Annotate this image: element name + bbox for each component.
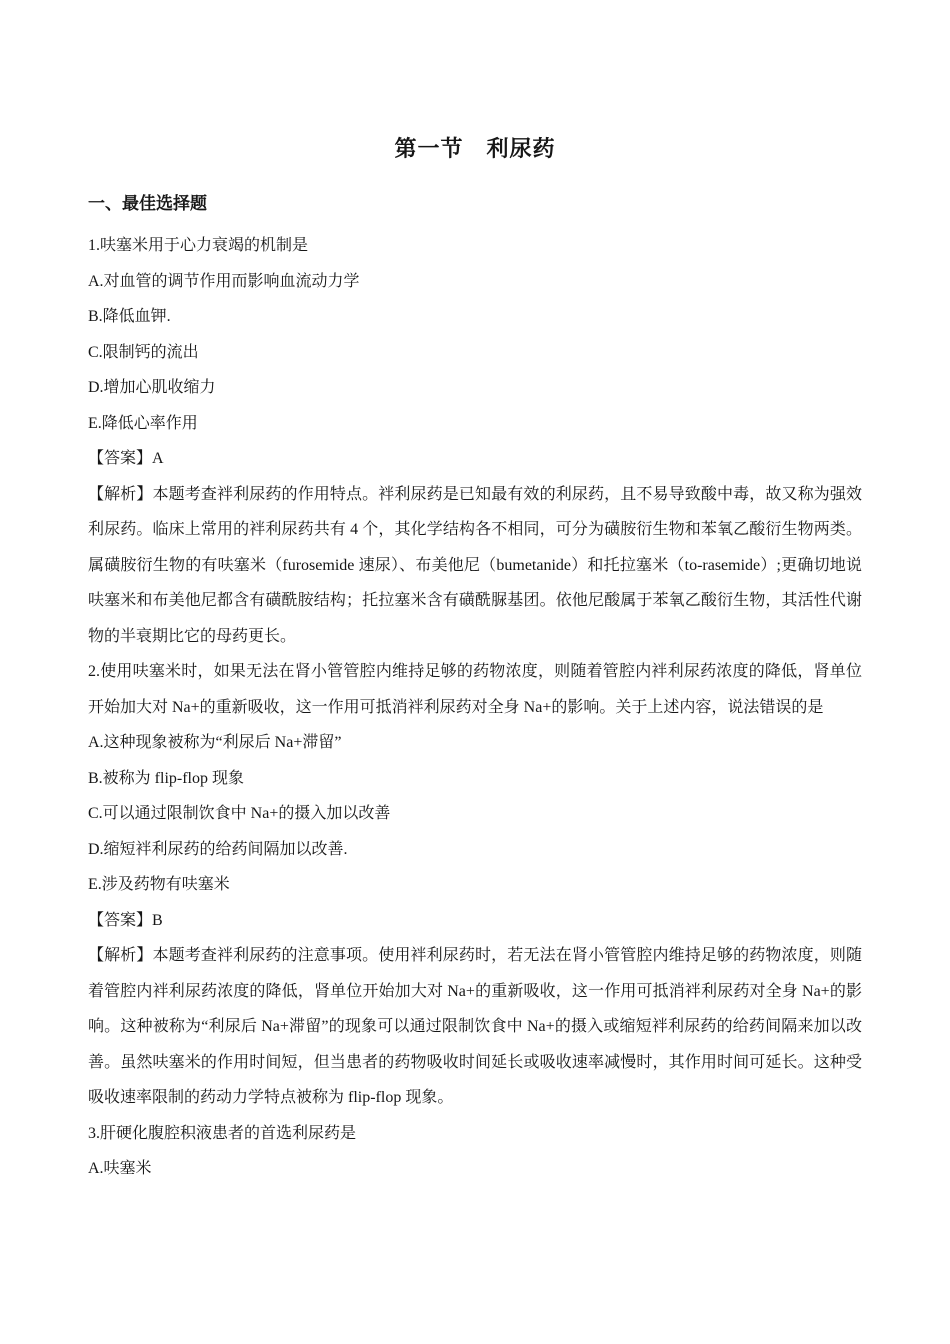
document-page: 第一节 利尿药 一、最佳选择题 1.呋塞米用于心力衰竭的机制是 A.对血管的调节… [0, 0, 950, 1344]
analysis-label: 【解析】 [88, 947, 153, 964]
analysis-text: 本题考查袢利尿药的注意事项。使用袢利尿药时，若无法在肾小管管腔内维持足够的药物浓… [88, 947, 862, 1106]
option-c: C.可以通过限制饮食中 Na+的摄入加以改善 [88, 796, 862, 832]
analysis-paragraph: 【解析】本题考查袢利尿药的作用特点。袢利尿药是已知最有效的利尿药，且不易导致酸中… [88, 477, 862, 655]
analysis-paragraph: 【解析】本题考查袢利尿药的注意事项。使用袢利尿药时，若无法在肾小管管腔内维持足够… [88, 938, 862, 1116]
option-a: A.这种现象被称为“利尿后 Na+滞留” [88, 725, 862, 761]
option-c: C.限制钙的流出 [88, 335, 862, 371]
analysis-text: 本题考查袢利尿药的作用特点。袢利尿药是已知最有效的利尿药，且不易导致酸中毒，故又… [88, 486, 862, 645]
answer-value: A [152, 450, 164, 467]
question-stem: 2.使用呋塞米时，如果无法在肾小管管腔内维持足够的药物浓度，则随着管腔内袢利尿药… [88, 654, 862, 725]
option-b: B.降低血钾. [88, 299, 862, 335]
answer-line: 【答案】B [88, 903, 862, 939]
answer-label: 【答案】 [88, 450, 152, 467]
option-a: A.呋塞米 [88, 1151, 862, 1187]
page-title: 第一节 利尿药 [88, 134, 862, 164]
option-e: E.降低心率作用 [88, 406, 862, 442]
question-1: 1.呋塞米用于心力衰竭的机制是 A.对血管的调节作用而影响血流动力学 B.降低血… [88, 228, 862, 654]
question-2: 2.使用呋塞米时，如果无法在肾小管管腔内维持足够的药物浓度，则随着管腔内袢利尿药… [88, 654, 862, 1116]
option-d: D.缩短袢利尿药的给药间隔加以改善. [88, 832, 862, 868]
analysis-label: 【解析】 [88, 486, 153, 503]
option-b: B.被称为 flip-flop 现象 [88, 761, 862, 797]
question-3: 3.肝硬化腹腔积液患者的首选利尿药是 A.呋塞米 [88, 1116, 862, 1187]
option-d: D.增加心肌收缩力 [88, 370, 862, 406]
option-a: A.对血管的调节作用而影响血流动力学 [88, 264, 862, 300]
section-heading: 一、最佳选择题 [88, 192, 862, 216]
answer-line: 【答案】A [88, 441, 862, 477]
answer-value: B [152, 912, 163, 929]
question-stem: 1.呋塞米用于心力衰竭的机制是 [88, 228, 862, 264]
question-stem: 3.肝硬化腹腔积液患者的首选利尿药是 [88, 1116, 862, 1152]
option-e: E.涉及药物有呋塞米 [88, 867, 862, 903]
answer-label: 【答案】 [88, 912, 152, 929]
